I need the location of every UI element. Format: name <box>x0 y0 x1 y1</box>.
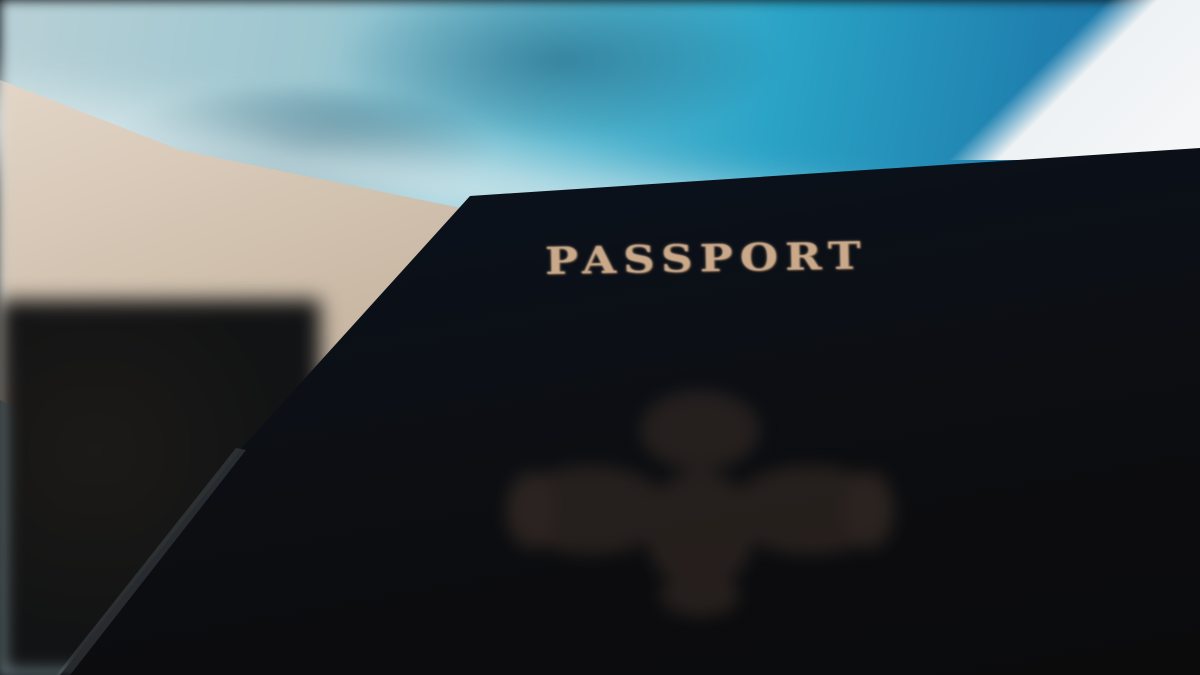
photo-scene: PASSPORT <box>0 0 1200 675</box>
eagle-emblem-icon <box>470 360 930 620</box>
passport-title: PASSPORT <box>545 232 1026 284</box>
bright-corner <box>940 0 1200 160</box>
